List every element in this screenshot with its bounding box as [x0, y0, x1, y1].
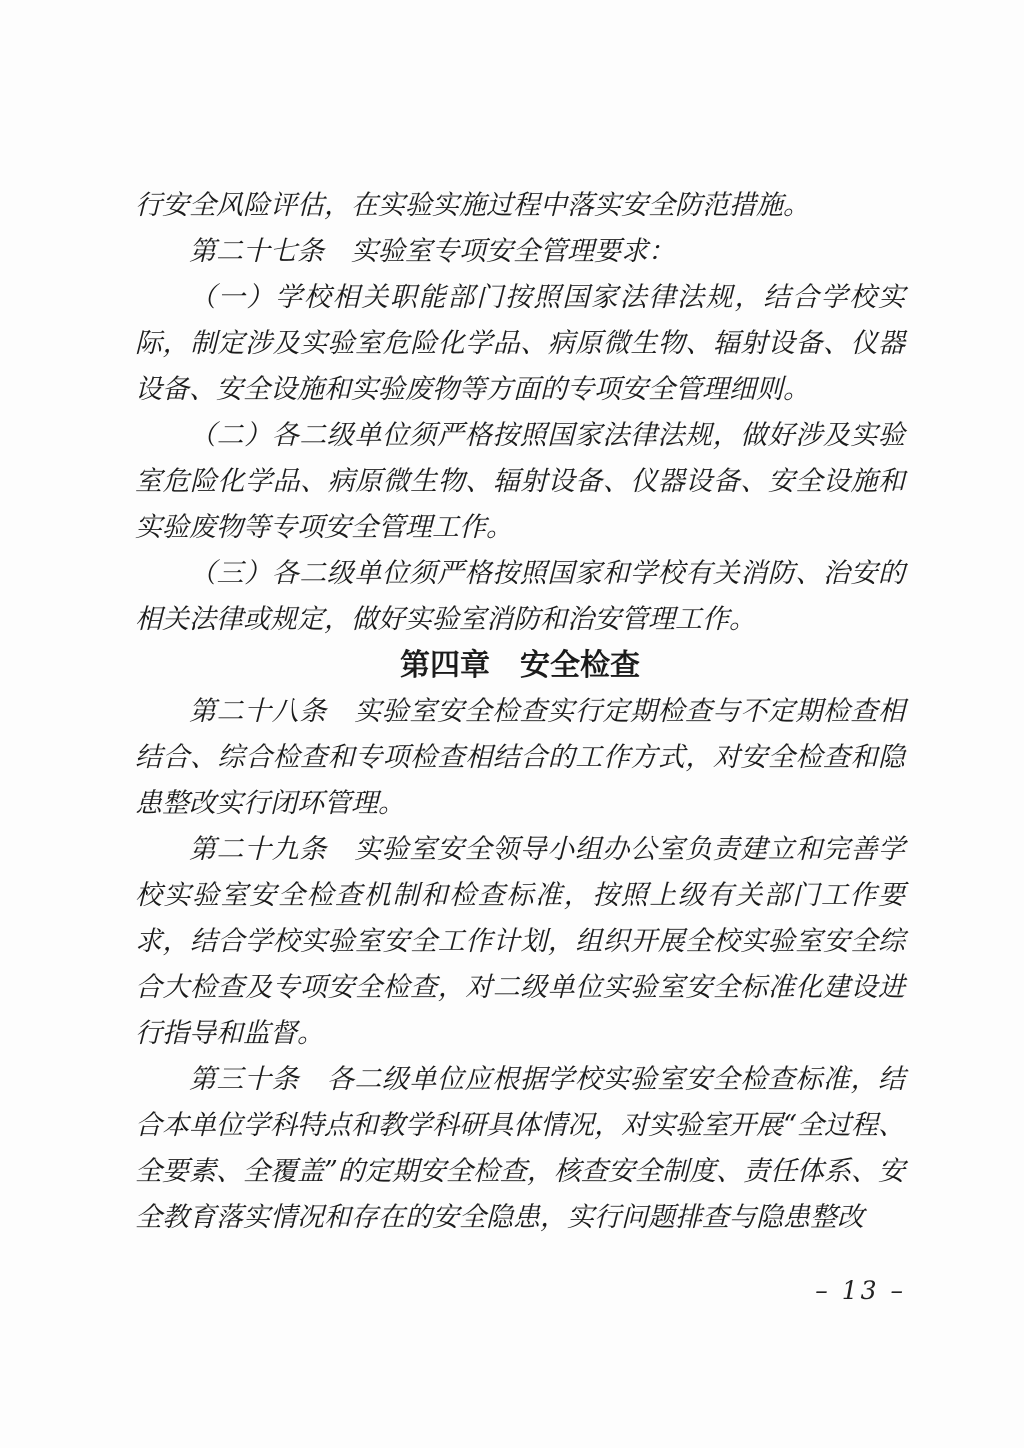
document-page: 行安全风险评估，在实验实施过程中落实安全防范措施。 第二十七条 实验室专项安全管… [0, 0, 1024, 1448]
document-body: 行安全风险评估，在实验实施过程中落实安全防范措施。 第二十七条 实验室专项安全管… [135, 183, 905, 1241]
article-28: 第二十八条 实验室安全检查实行定期检查与不定期检查相结合、综合检查和专项检查相结… [135, 689, 905, 827]
article-30: 第三十条 各二级单位应根据学校实验室安全检查标准，结合本单位学科特点和教学科研具… [135, 1057, 905, 1241]
article-27-item-2: （二）各二级单位须严格按照国家法律法规，做好涉及实验室危险化学品、病原微生物、辐… [135, 413, 905, 551]
article-29: 第二十九条 实验室安全领导小组办公室负责建立和完善学校实验室安全检查机制和检查标… [135, 827, 905, 1057]
article-27-title: 第二十七条 实验室专项安全管理要求： [135, 229, 905, 275]
article-27-item-1: （一）学校相关职能部门按照国家法律法规，结合学校实际，制定涉及实验室危险化学品、… [135, 275, 905, 413]
paragraph-risk-assessment-continuation: 行安全风险评估，在实验实施过程中落实安全防范措施。 [135, 183, 905, 229]
page-number: – 13 – [815, 1276, 906, 1305]
chapter-4-heading: 第四章 安全检查 [135, 643, 905, 689]
article-27-item-3: （三）各二级单位须严格按照国家和学校有关消防、治安的相关法律或规定，做好实验室消… [135, 551, 905, 643]
